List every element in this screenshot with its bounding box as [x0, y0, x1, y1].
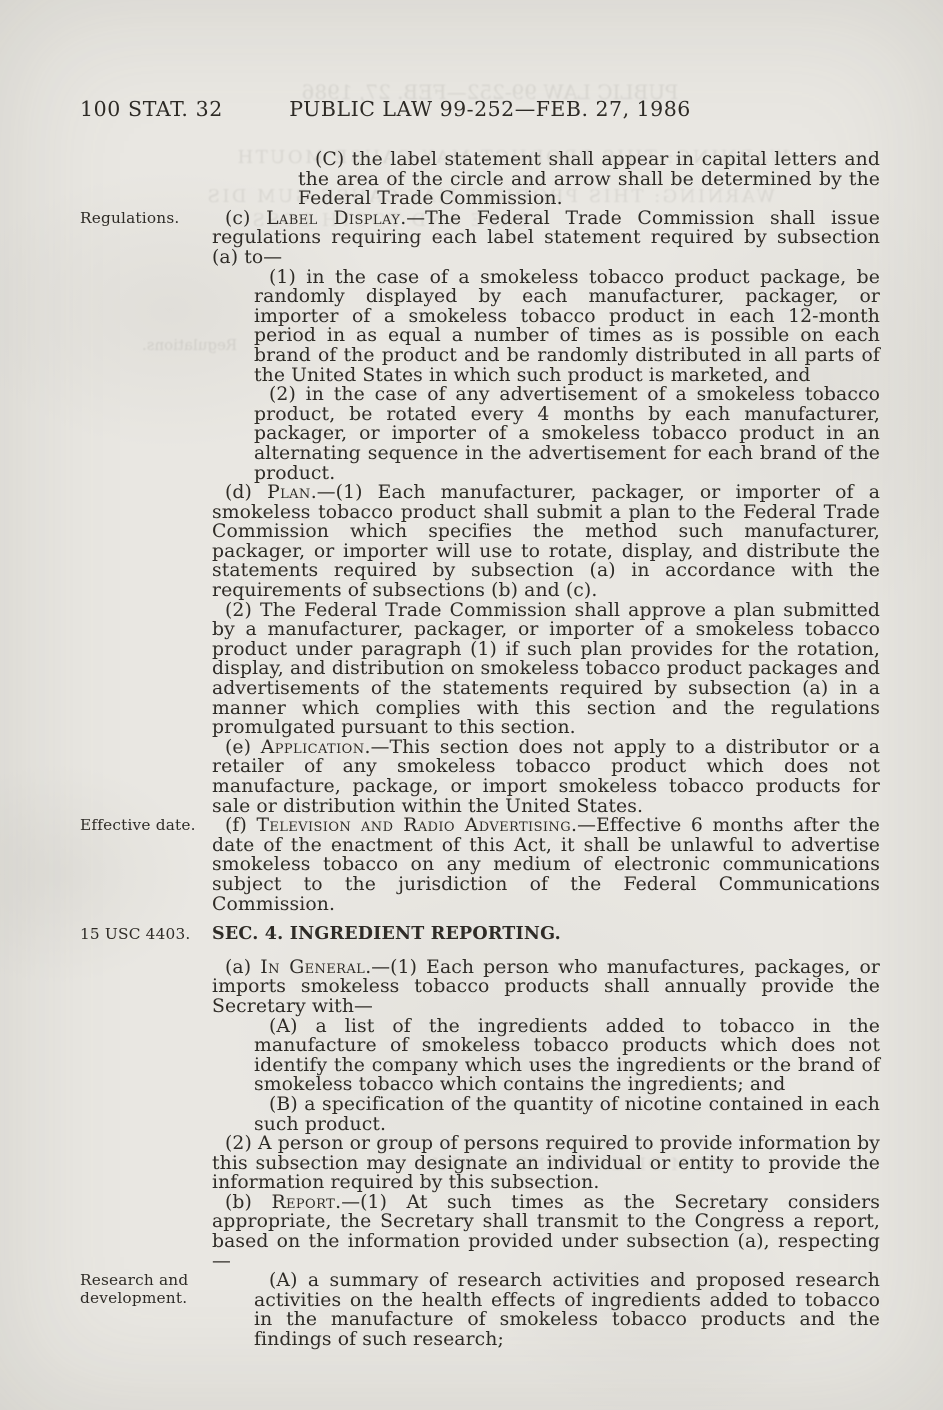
enum-label: (f) — [225, 815, 256, 836]
smallcaps-catchline: Television and Radio Advertising — [256, 815, 571, 836]
enum-label: (d) — [225, 482, 267, 503]
enum-label: (c) — [225, 208, 266, 229]
paragraph-2-plan-approval: (2) The Federal Trade Commission shall a… — [212, 601, 880, 738]
statute-text-column: (C) the label statement shall appear in … — [212, 150, 880, 1350]
margin-note-effective-date: Effective date. — [80, 817, 206, 835]
scanned-statute-page: { "header": { "stat_number": "100 STAT. … — [0, 0, 943, 1410]
public-law-running-title: PUBLIC LAW 99-252—FEB. 27, 1986 — [150, 97, 830, 121]
subsection-e-application: (e) Application.—This section does not a… — [212, 738, 880, 816]
subsection-d-plan: (d) Plan.—(1) Each manufacturer, package… — [212, 483, 880, 601]
clause-A-research-summary: (A) a summary of research activities and… — [254, 1271, 880, 1349]
subsection-a-in-general: (a) In General.—(1) Each person who manu… — [212, 958, 880, 1017]
margin-note-research-development: Research and development. — [80, 1272, 206, 1307]
smallcaps-catchline: Application — [261, 737, 365, 758]
smallcaps-catchline: Label Display — [266, 208, 400, 229]
margin-note-regulations: Regulations. — [80, 210, 206, 228]
smallcaps-catchline: In General — [260, 957, 365, 978]
clause-C-capital-letters: (C) the label statement shall appear in … — [298, 150, 880, 209]
smallcaps-catchline: Report — [271, 1192, 335, 1213]
subsection-b-report: (b) Report.—(1) At such times as the Sec… — [212, 1193, 880, 1271]
paragraph-2-advertisement-rotation: (2) in the case of any advertisement of … — [254, 385, 880, 483]
subsection-f-tv-radio-advertising: (f) Television and Radio Advertising.—Ef… — [212, 816, 880, 914]
enum-label: (e) — [225, 737, 261, 758]
subsection-c-label-display: (c) Label Display.—The Federal Trade Com… — [212, 209, 880, 268]
paragraph-2-designate-entity: (2) A person or group of persons require… — [212, 1134, 880, 1193]
paragraph-1-package-display: (1) in the case of a smokeless tobacco p… — [254, 268, 880, 386]
clause-A-ingredient-list: (A) a list of the ingredients added to t… — [254, 1017, 880, 1095]
section-4-heading: SEC. 4. INGREDIENT REPORTING. — [212, 925, 880, 945]
margin-note-usc-citation: 15 USC 4403. — [80, 926, 206, 944]
enum-label: (b) — [225, 1192, 271, 1213]
clause-B-nicotine-quantity: (B) a specification of the quantity of n… — [254, 1095, 880, 1134]
clause-text: .—(1) Each manufacturer, packager, or im… — [212, 482, 880, 601]
smallcaps-catchline: Plan — [267, 482, 311, 503]
enum-label: (a) — [225, 957, 260, 978]
